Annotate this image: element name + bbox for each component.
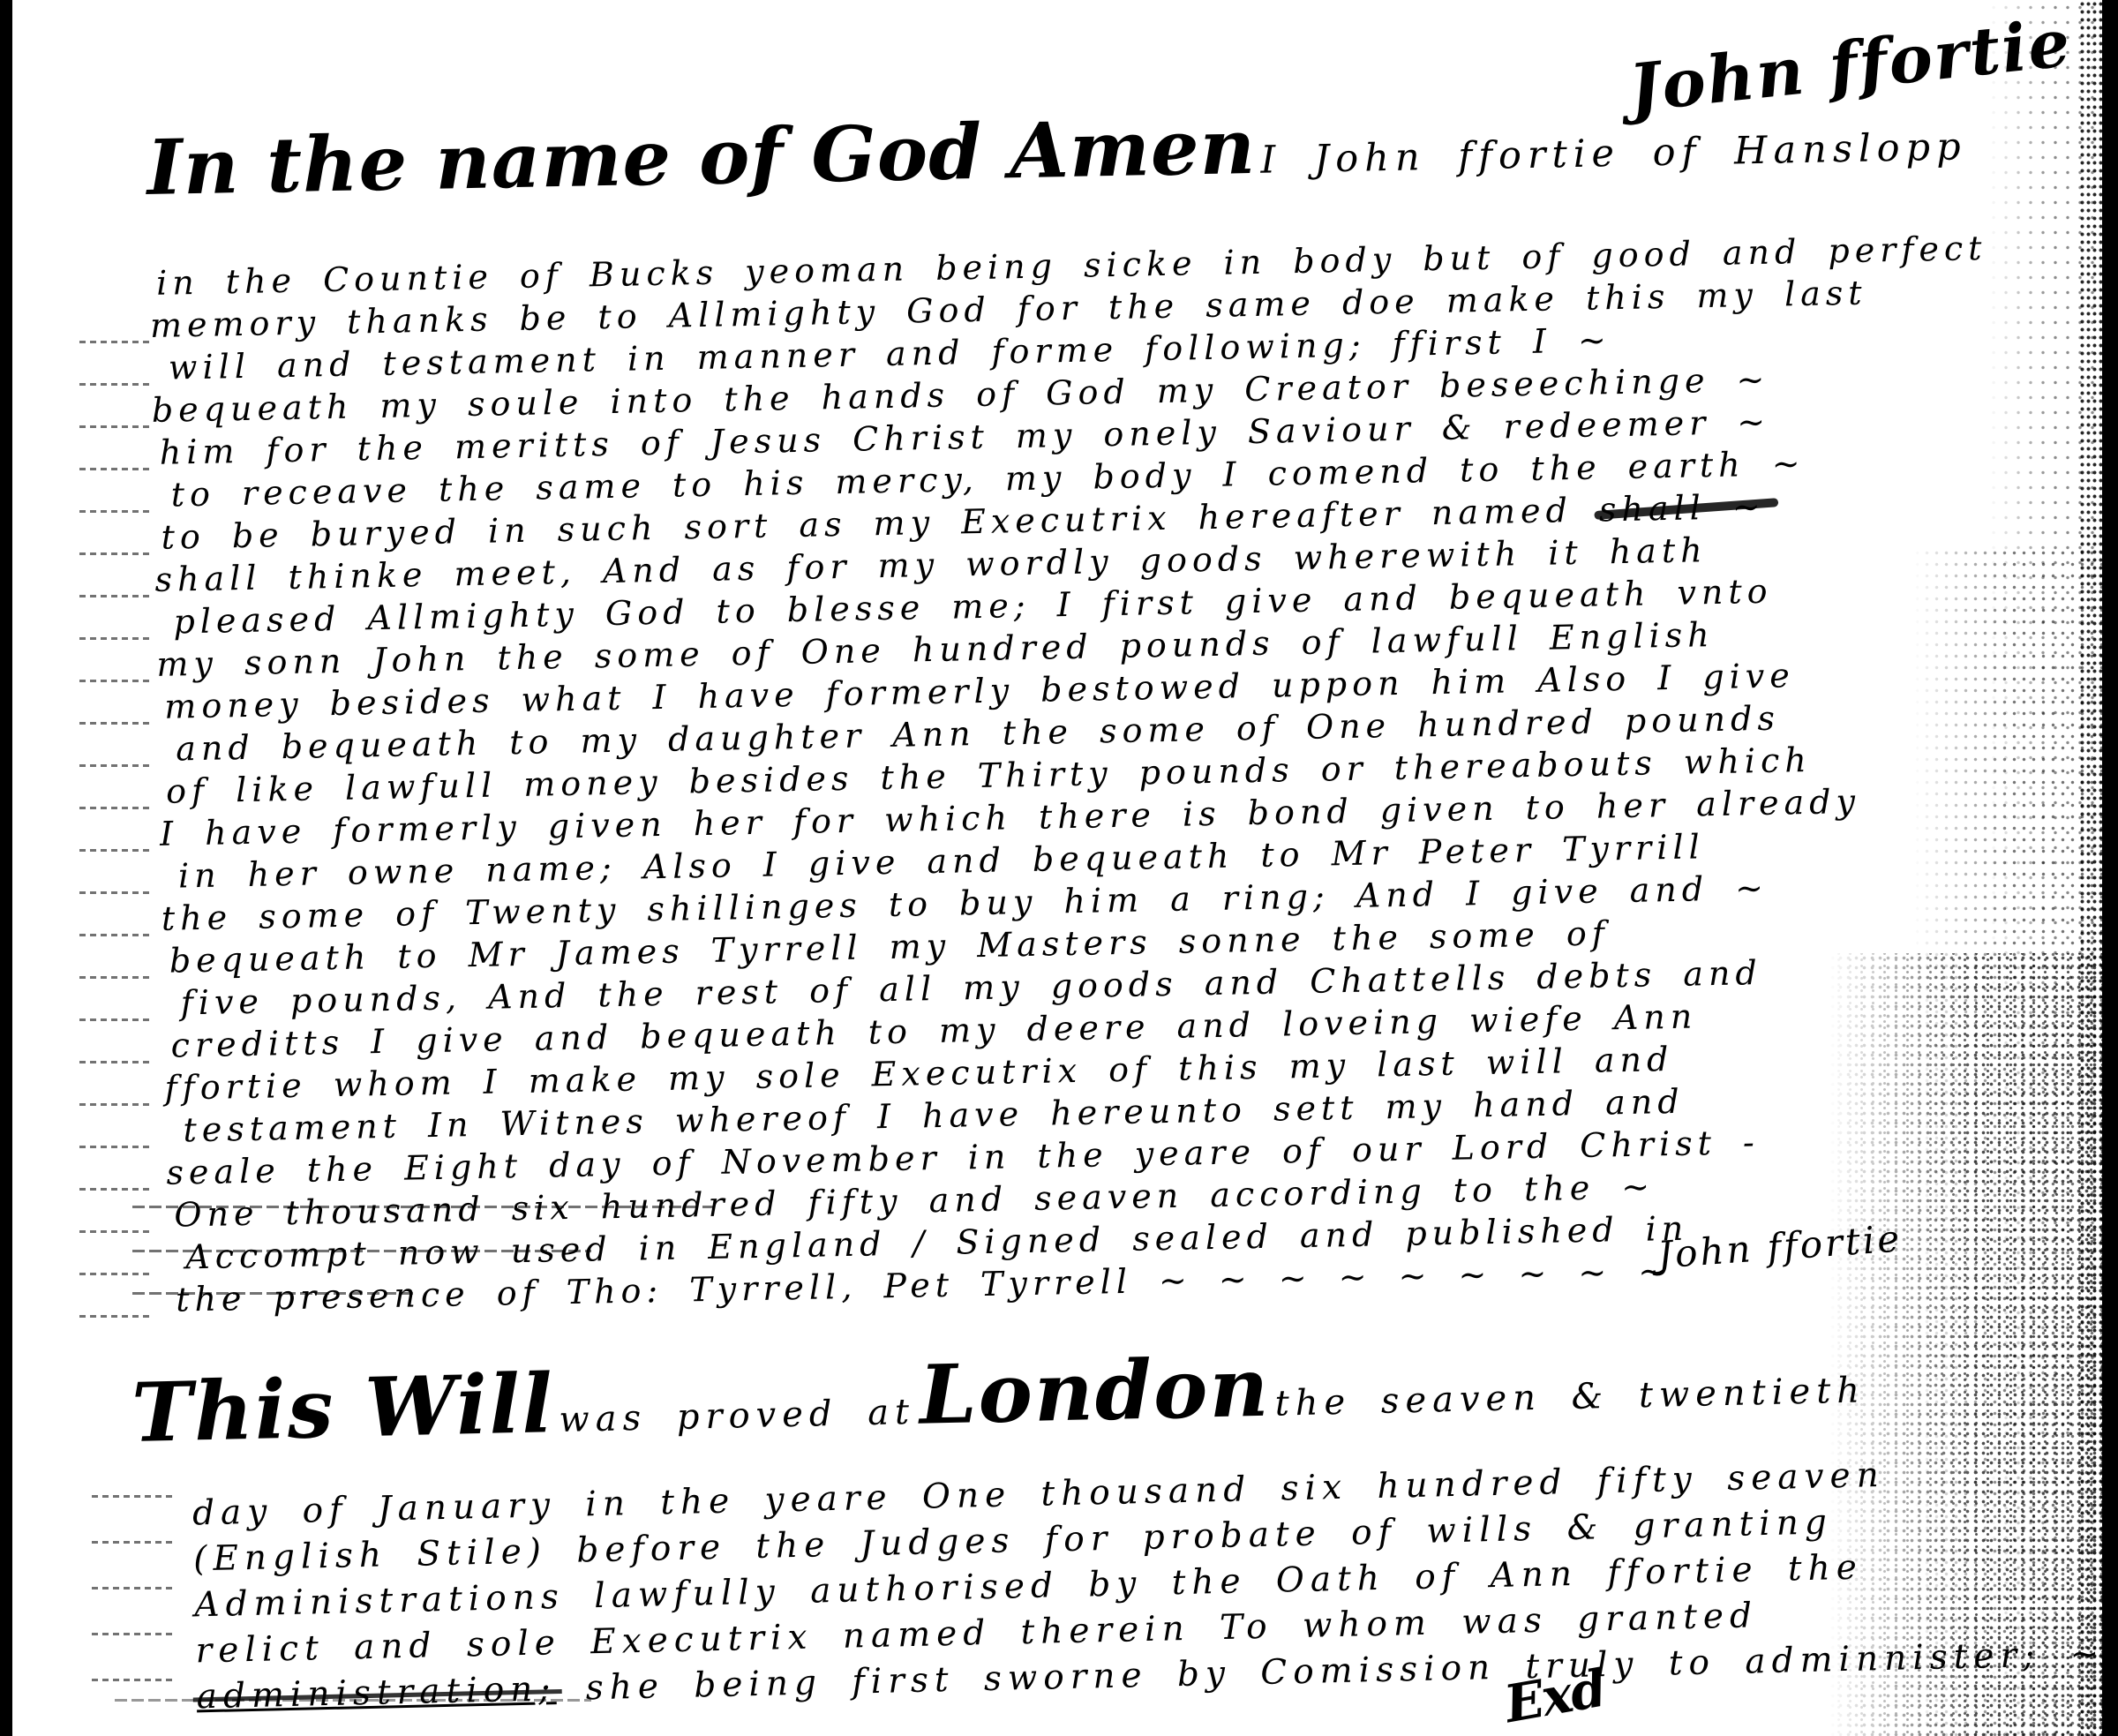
manuscript-scan-page: John ffortie In the name of God Amen I J… <box>0 0 2118 1736</box>
scan-margin-dashes-body <box>79 341 152 1327</box>
probate-opening-words: This Will <box>131 1356 555 1461</box>
will-text-block: In the name of God Amen I John ffortie o… <box>146 60 2013 1321</box>
struck-word: administration; <box>196 1669 557 1717</box>
probate-proved-text: was proved at <box>559 1392 916 1440</box>
scan-right-edge-bar <box>2102 0 2118 1736</box>
opening-invocation-text: In the name of God Amen <box>146 102 1257 213</box>
scan-left-edge-bar <box>0 0 12 1736</box>
probate-place-name: London <box>919 1340 1272 1443</box>
struck-word: shall ~ <box>1598 487 1766 530</box>
testator-intro-text: I John ffortie of Hanslopp <box>1260 124 1967 182</box>
probate-body-lines: day of January in the yeare One thousand… <box>133 1450 2000 1722</box>
will-body-lines: in the Countie of Bucks yeoman being sic… <box>149 227 2014 1321</box>
probate-date-intro: the seaven & twentieth <box>1274 1370 1866 1424</box>
probate-section: This Will was proved at London the seave… <box>131 1315 2001 1722</box>
